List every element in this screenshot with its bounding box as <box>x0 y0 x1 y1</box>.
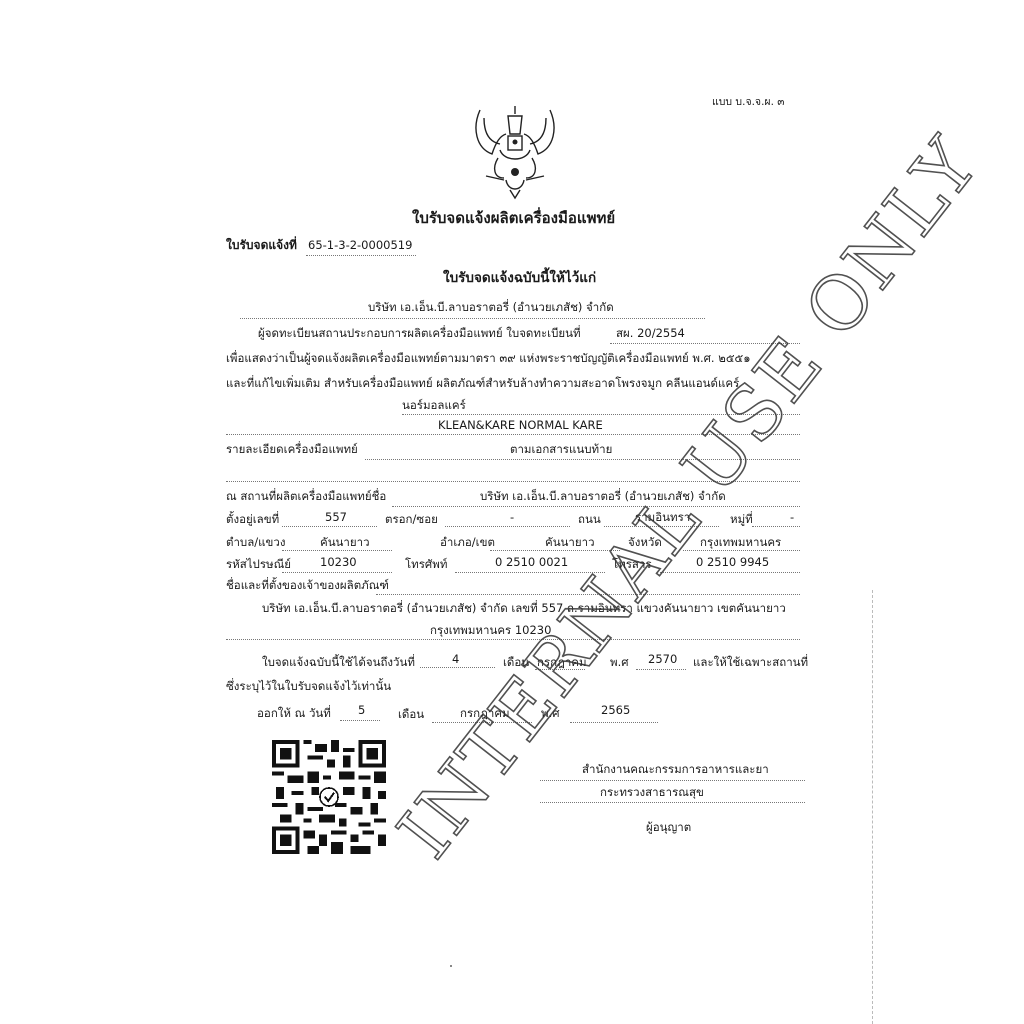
dotted-line <box>282 526 377 527</box>
details-value: ตามเอกสารแนบท้าย <box>510 442 612 456</box>
dotted-line <box>683 550 800 551</box>
dotted-line <box>226 434 800 435</box>
postcode: 10230 <box>320 555 357 569</box>
dotted-line <box>340 720 380 721</box>
scan-speck <box>450 965 452 967</box>
validity-month-label: เดือน <box>503 655 529 669</box>
authority-office: สำนักงานคณะกรรมการอาหารและยา <box>582 762 769 776</box>
phone: 0 2510 0021 <box>495 555 568 569</box>
road-label: ถนน <box>578 512 601 526</box>
dotted-line <box>535 669 585 670</box>
validity-day: 4 <box>452 652 459 666</box>
soi: - <box>510 510 514 524</box>
notification-no-label: ใบรับจดแจ้งที่ <box>226 238 297 252</box>
owner-line1: บริษัท เอ.เอ็น.บี.ลาบอราตอรี่ (อำนวยเภสั… <box>262 601 786 615</box>
dotted-line <box>636 669 686 670</box>
dotted-line <box>282 572 392 573</box>
site-name: บริษัท เอ.เอ็น.บี.ลาบอราตอรี่ (อำนวยเภสั… <box>480 489 726 503</box>
issued-year: 2565 <box>601 703 630 717</box>
notification-no-value: 65-1-3-2-0000519 <box>308 238 412 252</box>
road: รามอินทรา <box>635 510 690 524</box>
product-name-en: KLEAN&KARE NORMAL KARE <box>438 418 603 432</box>
issued-month: กรกฎาคม <box>460 706 510 720</box>
section-line: เพื่อแสดงว่าเป็นผู้จดแจ้งผลิตเครื่องมือแ… <box>226 351 751 365</box>
issued-month-label: เดือน <box>398 707 424 721</box>
product-line: และที่แก้ไขเพิ่มเติม สำหรับเครื่องมือแพท… <box>226 376 739 390</box>
dotted-line <box>306 255 416 256</box>
province-label: จังหวัด <box>628 535 662 549</box>
dotted-line <box>660 572 800 573</box>
dotted-line <box>240 318 705 319</box>
dotted-line <box>376 594 800 595</box>
validity-year-label: พ.ศ <box>610 655 629 669</box>
form-code: แบบ บ.จ.จ.ผ. ๓ <box>712 95 784 109</box>
validity-label: ใบจดแจ้งฉบับนี้ใช้ได้จนถึงวันที่ <box>262 655 415 669</box>
dotted-line <box>455 572 605 573</box>
postcode-label: รหัสไปรษณีย์ <box>226 557 291 571</box>
subdistrict-label: ตำบล/แขวง <box>226 535 286 549</box>
validity-month: กรกฎาคม <box>537 655 587 669</box>
dotted-line <box>226 481 800 482</box>
dotted-line <box>402 414 800 415</box>
fax-label: โทรสาร <box>612 557 652 571</box>
district-label: อำเภอ/เขต <box>440 535 495 549</box>
dotted-line <box>226 639 800 640</box>
company-name: บริษัท เอ.เอ็น.บี.ลาบอราตอรี่ (อำนวยเภสั… <box>368 300 614 314</box>
issued-year-label: พ.ศ <box>541 706 560 720</box>
validity-year: 2570 <box>648 652 677 666</box>
dotted-line <box>365 459 800 460</box>
details-label: รายละเอียดเครื่องมือแพทย์ <box>226 442 358 456</box>
qr-code-icon[interactable] <box>272 740 386 854</box>
dotted-line <box>604 526 719 527</box>
issued-label: ออกให้ ณ วันที่ <box>257 706 331 720</box>
document-title: ใบรับจดแจ้งผลิตเครื่องมือแพทย์ <box>412 211 615 225</box>
validity-tail: และให้ใช้เฉพาะสถานที่ <box>693 655 808 669</box>
moo-label: หมู่ที่ <box>730 512 753 526</box>
authority-signer: ผู้อนุญาต <box>646 820 691 834</box>
dotted-line <box>420 667 495 668</box>
dotted-line <box>392 506 800 507</box>
district: คันนายาว <box>545 535 595 549</box>
dotted-line <box>570 722 658 723</box>
fax: 0 2510 9945 <box>696 555 769 569</box>
dotted-line <box>610 343 800 344</box>
dotted-line <box>432 722 532 723</box>
moo: - <box>790 510 794 524</box>
dotted-line <box>282 550 392 551</box>
product-name-th: นอร์มอลแคร์ <box>402 398 466 412</box>
owner-label: ชื่อและที่ตั้งของเจ้าของผลิตภัณฑ์ <box>226 578 389 592</box>
validity-line2: ซึ่งระบุไว้ในใบรับจดแจ้งไว้เท่านั้น <box>226 679 391 693</box>
registrant-label: ผู้จดทะเบียนสถานประกอบการผลิตเครื่องมือแ… <box>258 326 581 340</box>
dotted-line <box>490 550 620 551</box>
phone-label: โทรศัพท์ <box>405 557 447 571</box>
issued-day: 5 <box>358 703 365 717</box>
dotted-line <box>540 802 805 803</box>
garuda-emblem-icon <box>470 98 560 202</box>
soi-label: ตรอก/ซอย <box>385 512 438 526</box>
authority-ministry: กระทรวงสาธารณสุข <box>600 785 704 799</box>
dotted-line <box>445 526 570 527</box>
registrant-value: สผ. 20/2554 <box>616 326 685 340</box>
province: กรุงเทพมหานคร <box>700 535 781 549</box>
dotted-line <box>540 780 805 781</box>
subdistrict: คันนายาว <box>320 535 370 549</box>
site-label: ณ สถานที่ผลิตเครื่องมือแพทย์ชื่อ <box>226 489 386 503</box>
dotted-line <box>752 526 800 527</box>
scan-edge-line <box>872 590 873 1024</box>
owner-line2: กรุงเทพมหานคร 10230 <box>430 623 551 637</box>
house-no: 557 <box>325 510 347 524</box>
issued-to-heading: ใบรับจดแจ้งฉบับนี้ให้ไว้แก่ <box>443 271 596 285</box>
house-no-label: ตั้งอยู่เลขที่ <box>226 512 279 526</box>
